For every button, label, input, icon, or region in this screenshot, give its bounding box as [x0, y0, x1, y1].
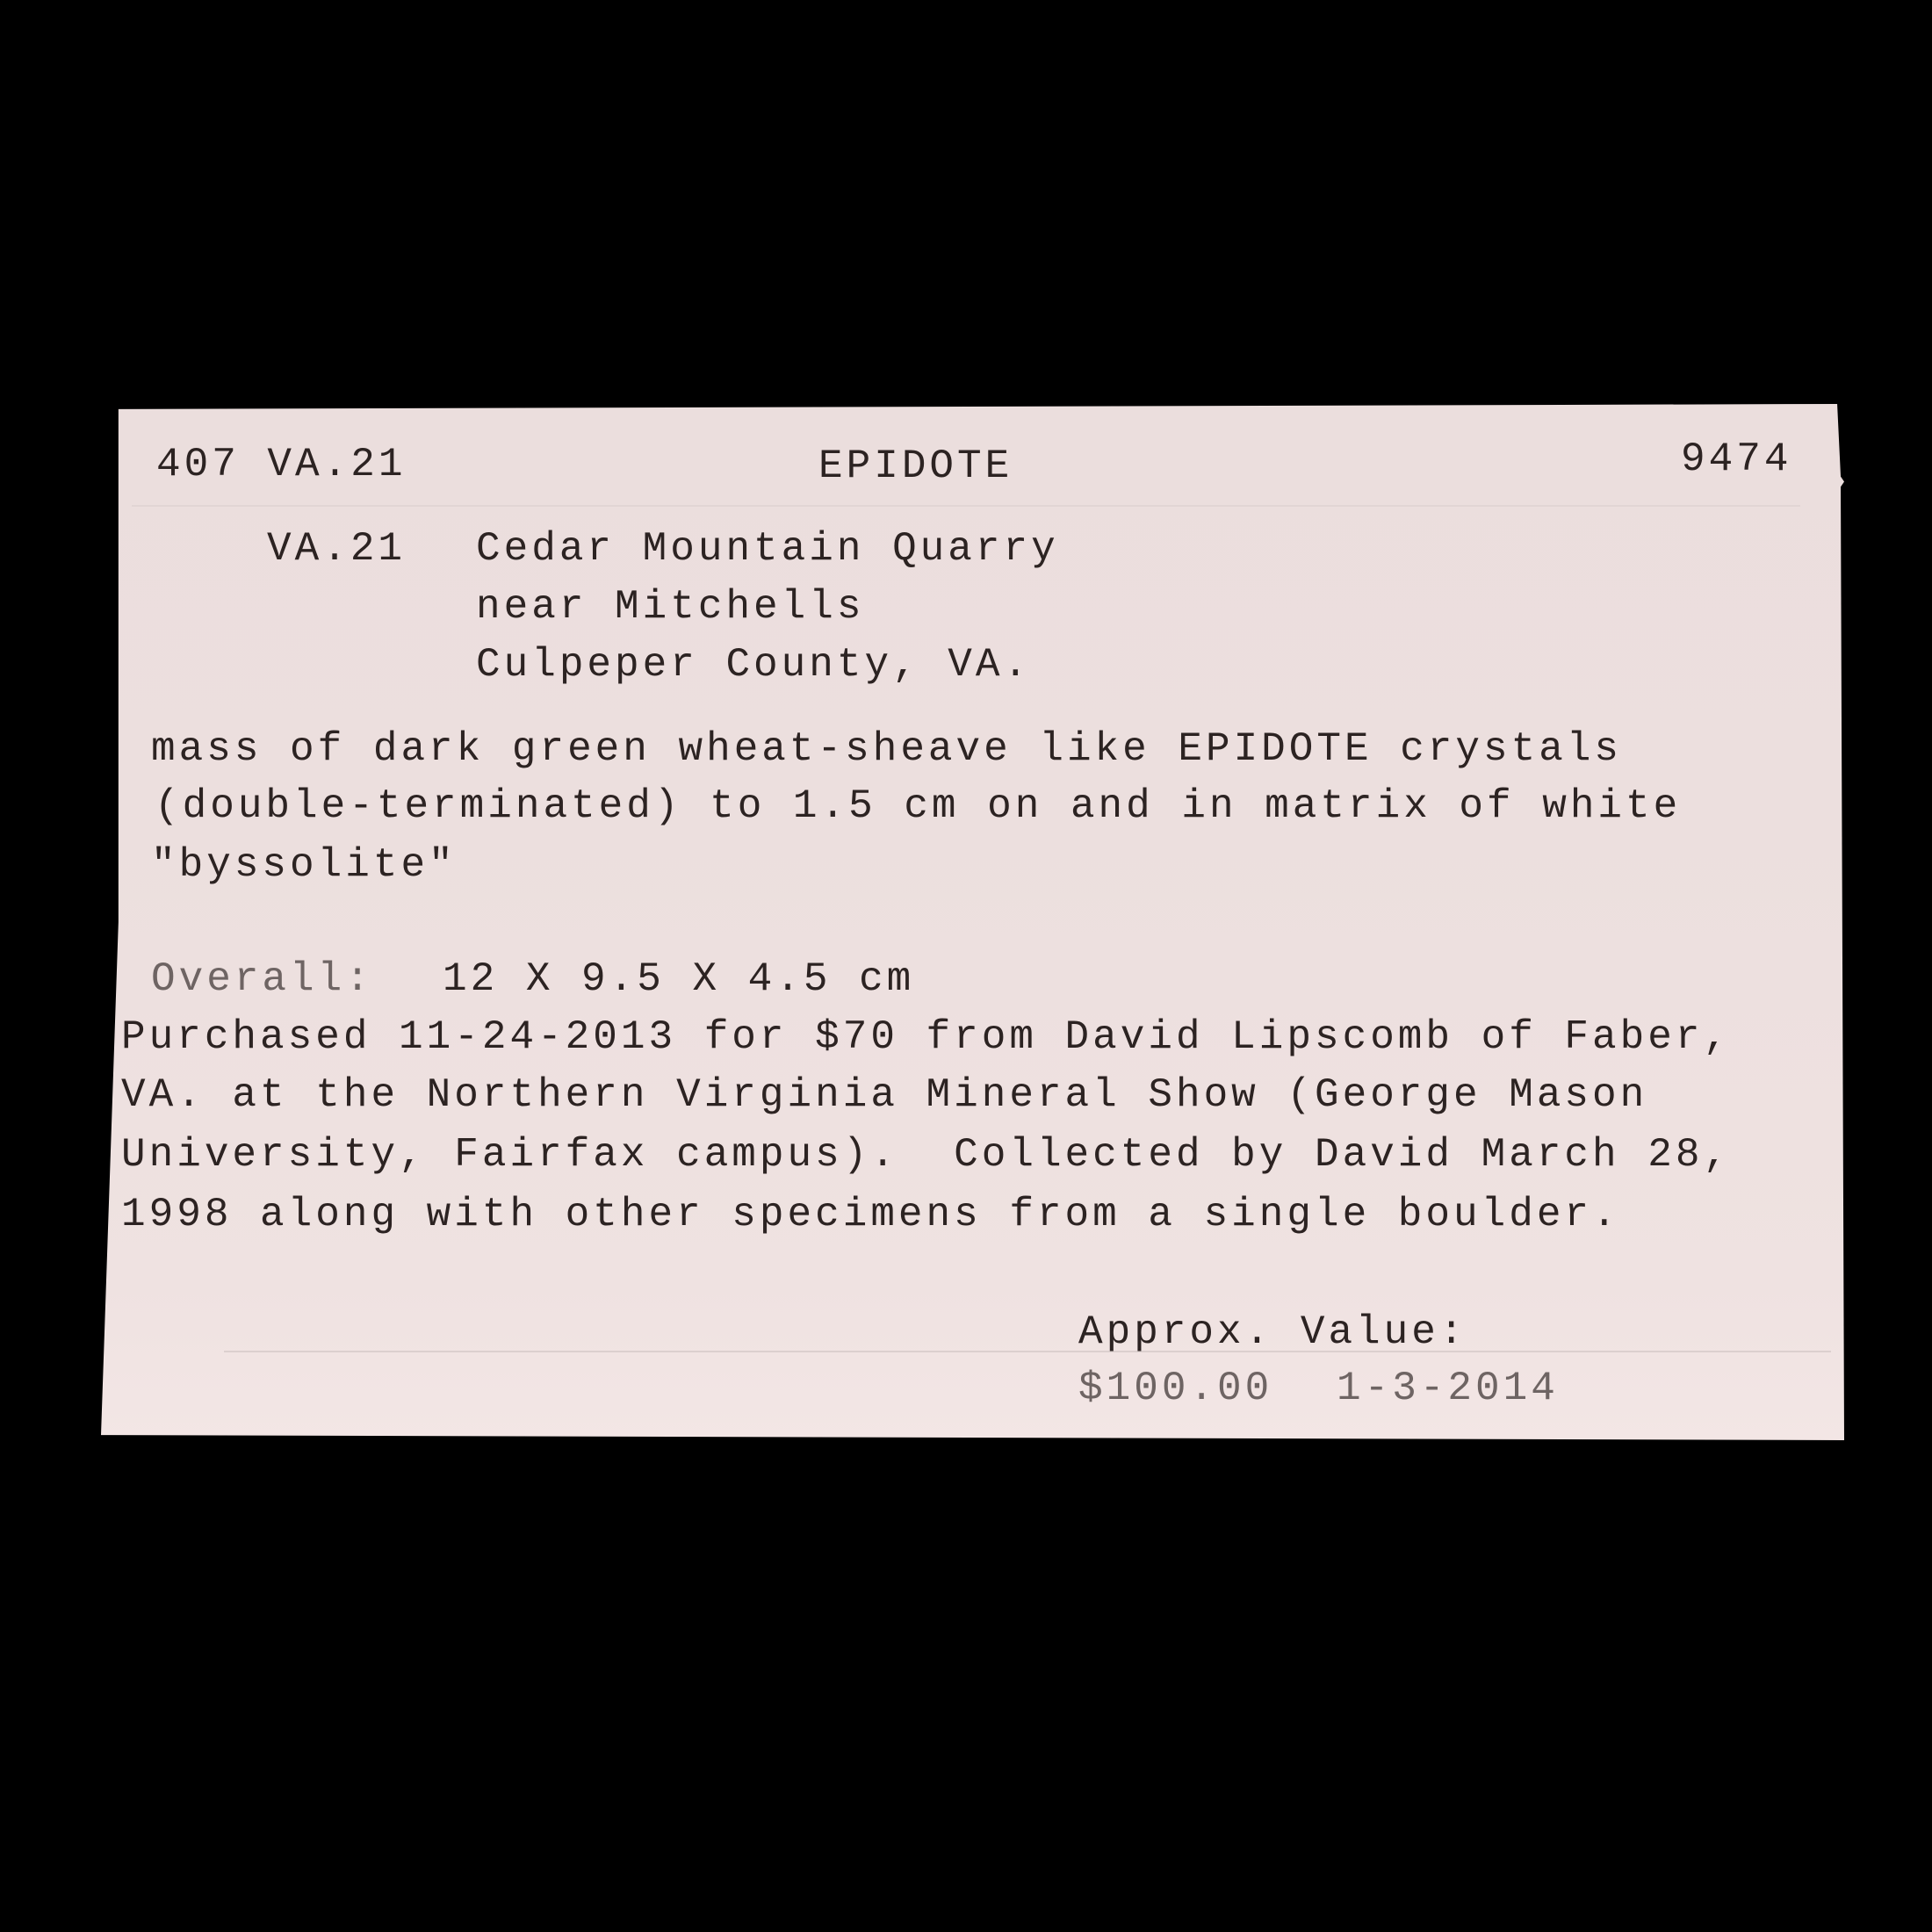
valuation-date: 1-3-2014 — [1337, 1368, 1559, 1409]
provenance-line-1: Purchased 11-24-2013 for $70 from David … — [121, 1017, 1731, 1057]
valuation-label: Approx. Value: — [1078, 1312, 1467, 1352]
catalog-ref: 407 VA.21 — [156, 444, 406, 485]
specimen-label-text: 407 VA.21 EPIDOTE 9474 VA.21 Cedar Mount… — [0, 0, 1932, 1932]
mineral-name: EPIDOTE — [818, 446, 1013, 487]
provenance-line-3: University, Fairfax campus). Collected b… — [121, 1135, 1731, 1175]
locality-line-2: near Mitchells — [476, 587, 864, 627]
provenance-line-4: 1998 along with other specimens from a s… — [121, 1194, 1620, 1235]
description-line-2: (double-terminated) to 1.5 cm on and in … — [155, 786, 1681, 826]
dimensions-value: 12 X 9.5 X 4.5 cm — [443, 959, 914, 999]
description-line-1: mass of dark green wheat-sheave like EPI… — [151, 729, 1622, 769]
provenance-line-2: VA. at the Northern Virginia Mineral Sho… — [121, 1075, 1647, 1115]
specimen-number: 9474 — [1681, 439, 1791, 479]
locality-code: VA.21 — [267, 529, 406, 569]
locality-line-1: Cedar Mountain Quarry — [476, 529, 1059, 569]
valuation-amount: $100.00 — [1078, 1368, 1272, 1409]
description-line-3: "byssolite" — [151, 845, 457, 885]
locality-line-3: Culpeper County, VA. — [476, 645, 1031, 685]
dimensions-label: Overall: — [151, 959, 373, 999]
